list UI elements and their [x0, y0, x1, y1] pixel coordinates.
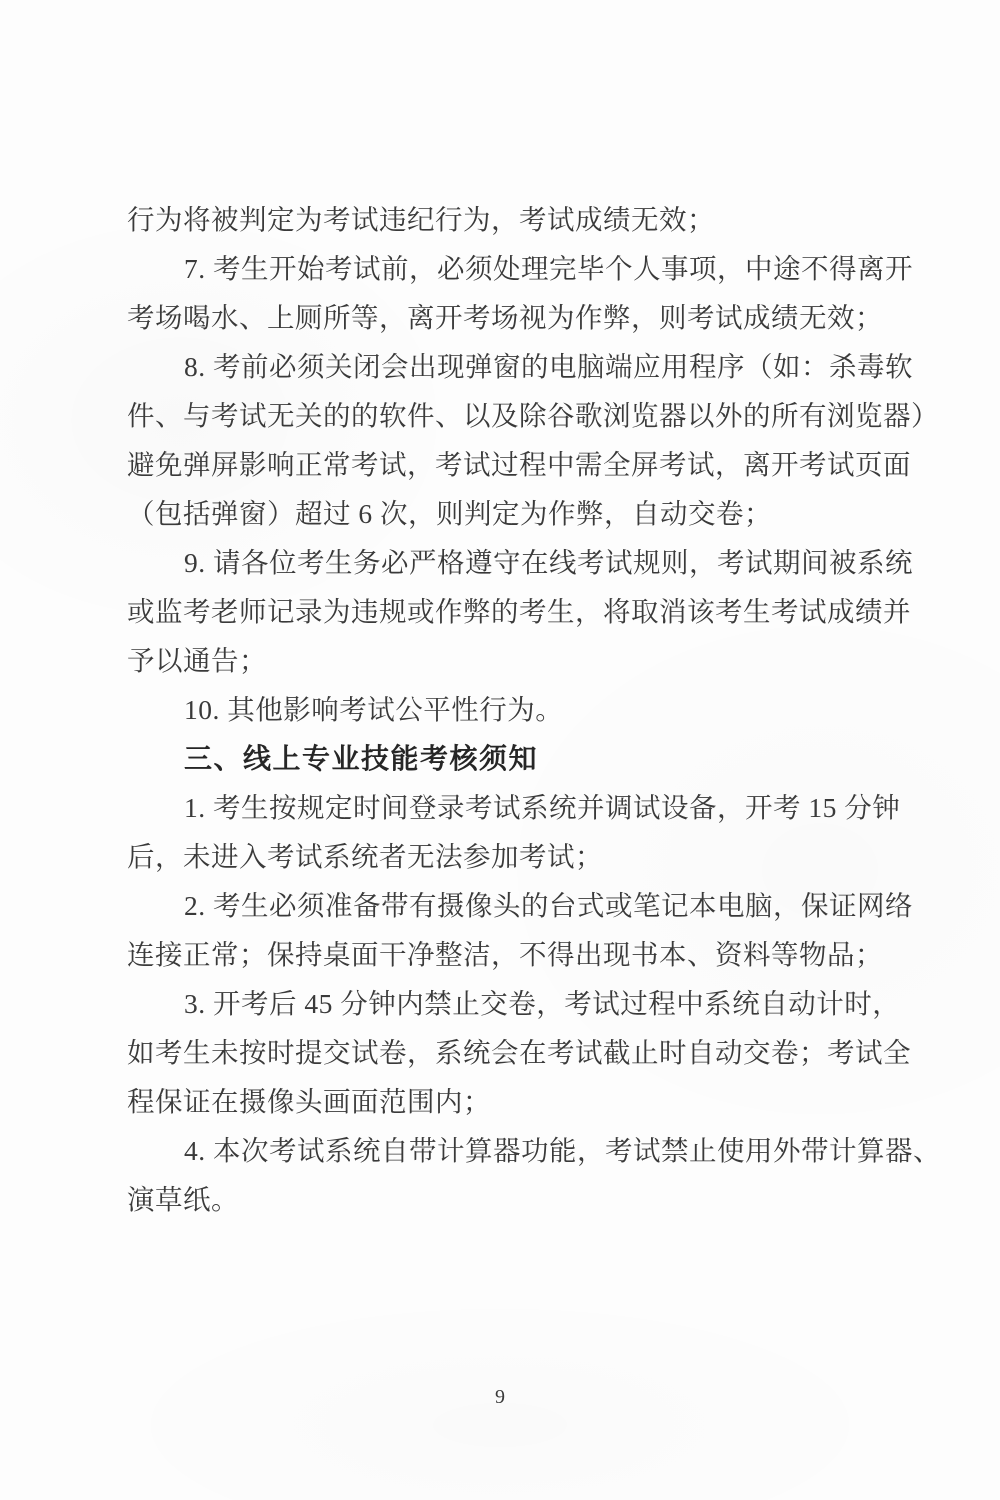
- paragraph-line: 或监考老师记录为违规或作弊的考生，将取消该考生考试成绩并: [127, 587, 937, 636]
- paragraph-line: 予以通告；: [127, 636, 937, 685]
- paragraph-line: 10. 其他影响考试公平性行为。: [127, 685, 937, 734]
- paragraph-line: 3. 开考后 45 分钟内禁止交卷，考试过程中系统自动计时，: [127, 979, 937, 1028]
- paragraph-line: 考场喝水、上厕所等，离开考场视为作弊，则考试成绩无效；: [127, 293, 937, 342]
- paragraph-line: 2. 考生必须准备带有摄像头的台式或笔记本电脑，保证网络: [127, 881, 937, 930]
- paragraph-line: 后，未进入考试系统者无法参加考试；: [127, 832, 937, 881]
- paragraph-line: 演草纸。: [127, 1175, 937, 1224]
- document-page: 行为将被判定为考试违纪行为，考试成绩无效； 7. 考生开始考试前，必须处理完毕个…: [0, 0, 1000, 1500]
- paragraph-line: 行为将被判定为考试违纪行为，考试成绩无效；: [127, 195, 937, 244]
- paragraph-line: 8. 考前必须关闭会出现弹窗的电脑端应用程序（如：杀毒软: [127, 342, 937, 391]
- page-number: 9: [0, 1382, 1000, 1412]
- paragraph-line: 程保证在摄像头画面范围内；: [127, 1077, 937, 1126]
- section-heading: 三、线上专业技能考核须知: [127, 734, 937, 783]
- paragraph-line: 如考生未按时提交试卷，系统会在考试截止时自动交卷；考试全: [127, 1028, 937, 1077]
- paragraph-line: 1. 考生按规定时间登录考试系统并调试设备，开考 15 分钟: [127, 783, 937, 832]
- paragraph-line: 避免弹屏影响正常考试，考试过程中需全屏考试，离开考试页面: [127, 440, 937, 489]
- paragraph-line: 7. 考生开始考试前，必须处理完毕个人事项，中途不得离开: [127, 244, 937, 293]
- paragraph-line: 件、与考试无关的的软件、以及除谷歌浏览器以外的所有浏览器）: [127, 391, 937, 440]
- text-block: 行为将被判定为考试违纪行为，考试成绩无效； 7. 考生开始考试前，必须处理完毕个…: [127, 195, 937, 1224]
- paragraph-line: 9. 请各位考生务必严格遵守在线考试规则，考试期间被系统: [127, 538, 937, 587]
- paragraph-line: （包括弹窗）超过 6 次，则判定为作弊，自动交卷；: [127, 489, 937, 538]
- paragraph-line: 4. 本次考试系统自带计算器功能，考试禁止使用外带计算器、: [127, 1126, 937, 1175]
- paragraph-line: 连接正常；保持桌面干净整洁，不得出现书本、资料等物品；: [127, 930, 937, 979]
